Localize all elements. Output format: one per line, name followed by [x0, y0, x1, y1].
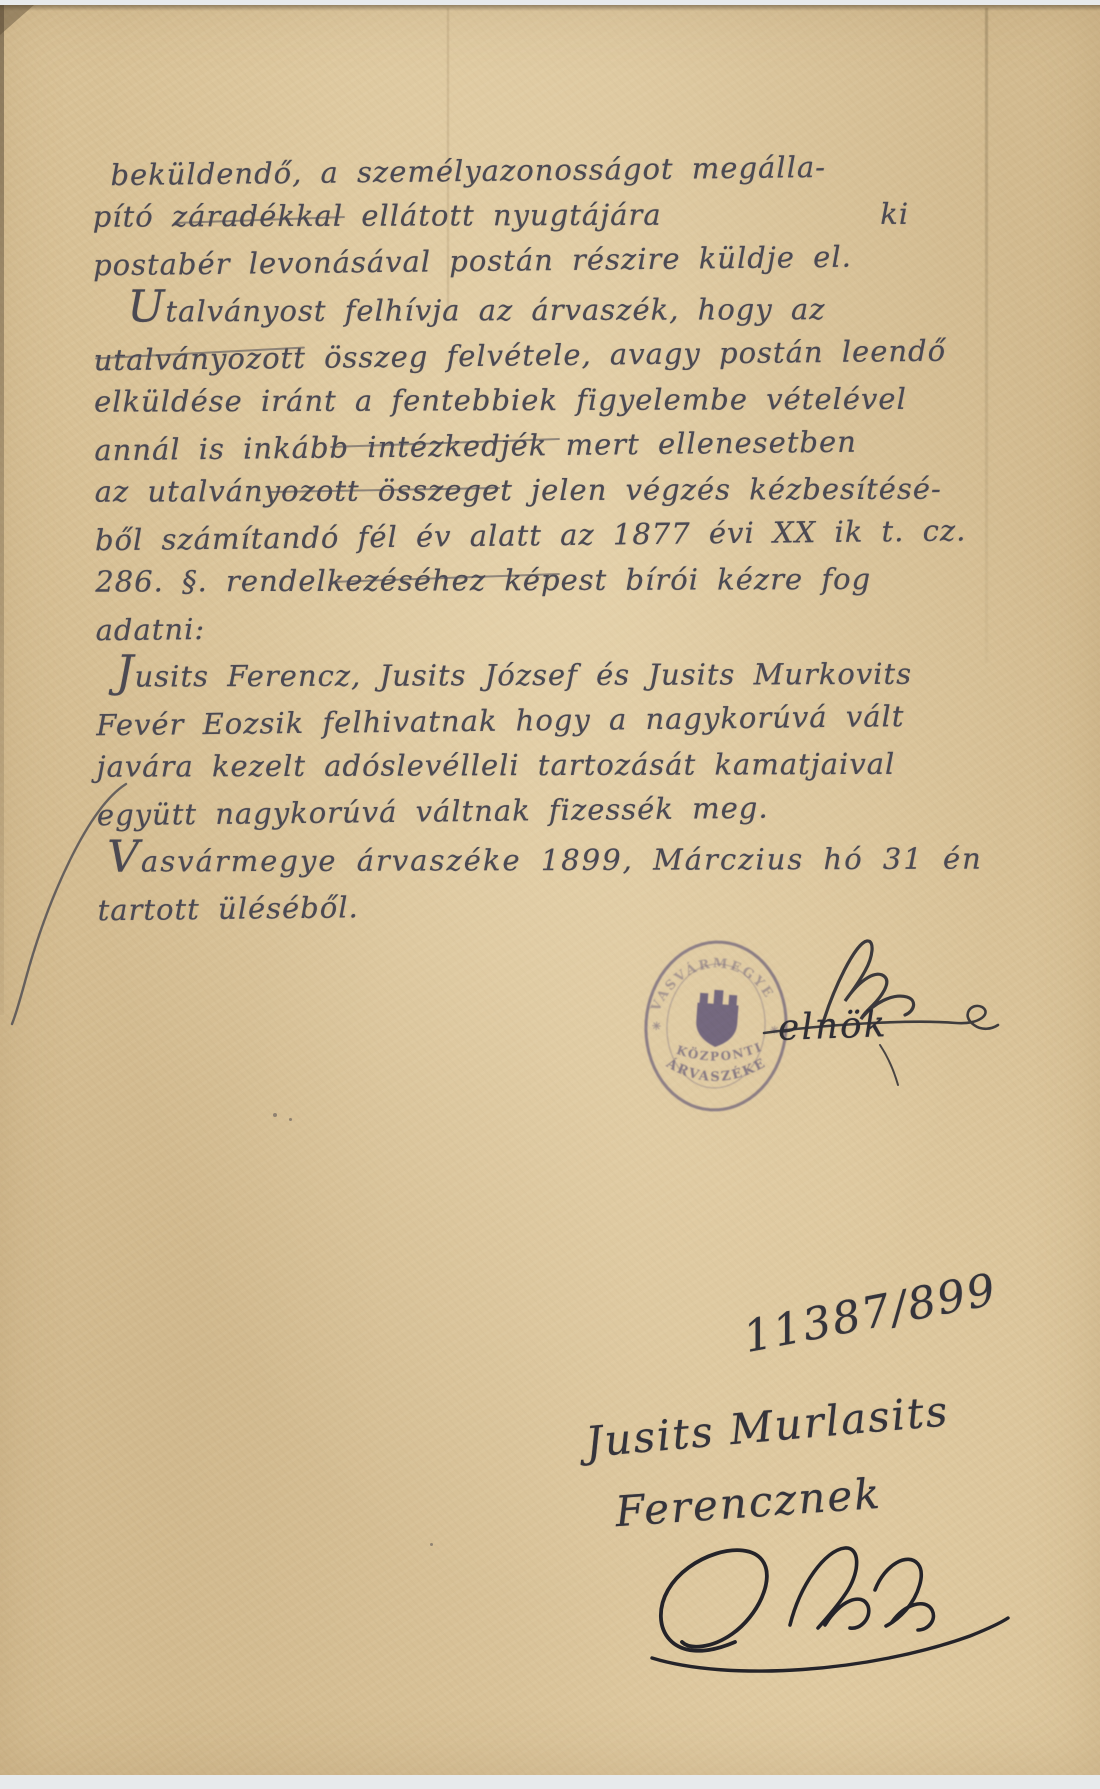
handwritten-line: beküldendő, a személyazonosságot megálla… — [92, 143, 1022, 199]
handwritten-line: elküldése iránt a fentebbiek figyelembe … — [94, 376, 1024, 424]
handwritten-line: annál is inkább intézkedjék mert ellenes… — [94, 418, 1024, 474]
handwritten-body: beküldendő, a személyazonosságot megálla… — [92, 145, 1027, 931]
stamp-crest-icon — [695, 989, 740, 1049]
handwritten-line: postabér levonásával postán részire küld… — [93, 233, 1023, 289]
handwritten-line: ből számítandó fél év alatt az 1877 évi … — [95, 508, 1025, 564]
stamp-star-left: ✳ — [651, 1020, 661, 1034]
handwritten-line: javára kezelt adóslevélleli tartozását k… — [97, 741, 1027, 789]
scanned-document: beküldendő, a személyazonosságot megálla… — [0, 0, 1100, 1789]
handwritten-line: Fevér Eozsik felhivatnak hogy a nagykorú… — [96, 693, 1026, 749]
handwritten-line: Jusits Ferencz, Jusits József és Jusits … — [96, 646, 1026, 699]
handwritten-line: 286. §. rendelkezéséhez képest bírói kéz… — [95, 556, 1025, 604]
paper-edge-left — [0, 5, 4, 1015]
chairman-title: elnök — [777, 1004, 888, 1049]
paper-edge-top — [0, 5, 1100, 11]
handwritten-line: utalványozott összeg felvétele, avagy po… — [94, 328, 1024, 384]
ink-speck — [289, 1118, 292, 1121]
addressee-signature — [640, 1530, 1030, 1695]
handwritten-line: tartott üléséből. — [97, 878, 1027, 934]
handwritten-line: az utalványozott összeget jelen végzés k… — [95, 466, 1025, 514]
handwritten-line: Utalványost felhívja az árvaszék, hogy a… — [93, 281, 1023, 334]
handwritten-line: együtt nagykorúvá váltnak fizessék meg. — [97, 783, 1027, 839]
ink-speck — [273, 1113, 277, 1117]
paragraph-flourish-stroke — [8, 778, 138, 1028]
handwritten-line: Vasvármegye árvaszéke 1899, Márczius hó … — [97, 831, 1027, 884]
handwritten-line: pító záradékkal ellátott nyugtájára ki — [93, 191, 1023, 239]
paper-corner-fold — [0, 5, 34, 35]
handwritten-line: adatni: — [95, 598, 1025, 654]
ink-speck — [430, 1543, 433, 1546]
